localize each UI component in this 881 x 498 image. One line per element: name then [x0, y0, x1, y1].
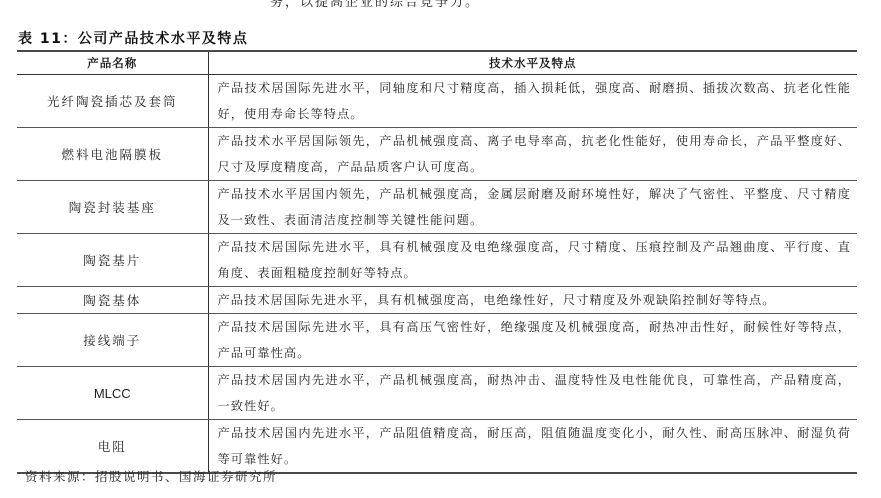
table-title: 表 11：公司产品技术水平及特点	[18, 28, 248, 48]
product-name-cell: 接线端子	[17, 314, 208, 367]
table-row: 燃料电池隔膜板 产品技术水平居国际领先，产品机械强度高、离子电导率高，抗老化性能…	[17, 128, 857, 181]
product-name-cell: 陶瓷基片	[17, 234, 208, 287]
preceding-paragraph-fragment: 务，以提高企业的综合竞争力。	[270, 0, 480, 10]
product-name-cell: 燃料电池隔膜板	[17, 128, 208, 181]
table-header-row: 产品名称 技术水平及特点	[17, 51, 857, 75]
header-product-name: 产品名称	[17, 51, 208, 75]
table-row: 接线端子 产品技术居国际先进水平，具有高压气密性好，绝缘强度及机械强度高，耐热冲…	[17, 314, 857, 367]
table-row: 陶瓷基体 产品技术居国际先进水平，具有机械强度高，电绝缘性好，尺寸精度及外观缺陷…	[17, 287, 857, 314]
product-tech-table: 产品名称 技术水平及特点 光纤陶瓷插芯及套筒 产品技术居国际先进水平，同轴度和尺…	[17, 50, 857, 474]
product-name-cell: 陶瓷封装基座	[17, 181, 208, 234]
product-name-cell: MLCC	[17, 367, 208, 420]
product-name-cell: 陶瓷基体	[17, 287, 208, 314]
table-row: 光纤陶瓷插芯及套筒 产品技术居国际先进水平，同轴度和尺寸精度高，插入损耗低，强度…	[17, 75, 857, 128]
product-description-cell: 产品技术居国内先进水平，产品机械强度高，耐热冲击、温度特性及电性能优良，可靠性高…	[208, 367, 857, 420]
product-description-cell: 产品技术水平居国际领先，产品机械强度高、离子电导率高，抗老化性能好，使用寿命长，…	[208, 128, 857, 181]
header-features: 技术水平及特点	[208, 51, 857, 75]
source-note: 资料来源：招股说明书、国海证券研究所	[25, 467, 277, 485]
product-name-cell: 电阻	[17, 420, 208, 474]
product-description-cell: 产品技术居国内先进水平，产品阻值精度高，耐压高，阻值随温度变化小，耐久性、耐高压…	[208, 420, 857, 474]
product-description-cell: 产品技术居国际先进水平，同轴度和尺寸精度高，插入损耗低，强度高、耐磨损、插拔次数…	[208, 75, 857, 128]
table-row: 陶瓷基片 产品技术居国际先进水平，具有机械强度及电绝缘强度高，尺寸精度、压痕控制…	[17, 234, 857, 287]
product-description-cell: 产品技术居国际先进水平，具有机械强度高，电绝缘性好，尺寸精度及外观缺陷控制好等特…	[208, 287, 857, 314]
product-name-cell: 光纤陶瓷插芯及套筒	[17, 75, 208, 128]
product-description-cell: 产品技术居国际先进水平，具有高压气密性好，绝缘强度及机械强度高，耐热冲击性好，耐…	[208, 314, 857, 367]
product-description-cell: 产品技术居国际先进水平，具有机械强度及电绝缘强度高，尺寸精度、压痕控制及产品翘曲…	[208, 234, 857, 287]
table-row: 陶瓷封装基座 产品技术水平居国内领先，产品机械强度高，金属层耐磨及耐环境性好，解…	[17, 181, 857, 234]
product-description-cell: 产品技术水平居国内领先，产品机械强度高，金属层耐磨及耐环境性好，解决了气密性、平…	[208, 181, 857, 234]
table-row: MLCC 产品技术居国内先进水平，产品机械强度高，耐热冲击、温度特性及电性能优良…	[17, 367, 857, 420]
table-row: 电阻 产品技术居国内先进水平，产品阻值精度高，耐压高，阻值随温度变化小，耐久性、…	[17, 420, 857, 474]
